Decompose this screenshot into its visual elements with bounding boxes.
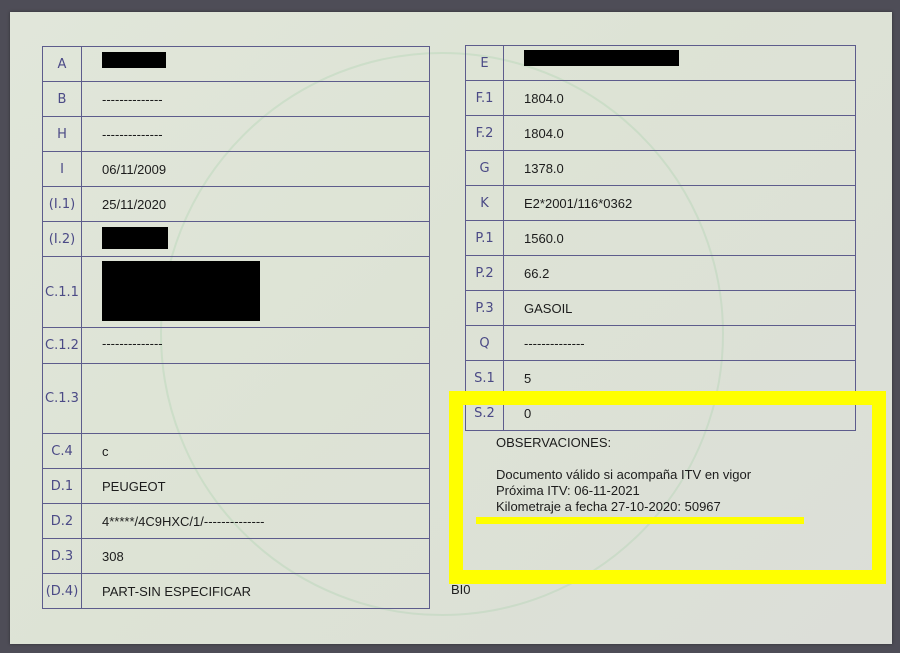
field-row: D.1PEUGEOT	[43, 469, 430, 504]
field-value: --------------	[82, 328, 430, 364]
field-label: Q	[466, 326, 504, 361]
redaction-block	[524, 50, 679, 66]
field-label: B	[43, 82, 82, 117]
field-row: B--------------	[43, 82, 430, 117]
field-value-text: c	[102, 444, 109, 459]
field-row: E	[466, 46, 856, 81]
field-value-text: 1560.0	[524, 231, 564, 246]
field-row: C.1.3	[43, 364, 430, 434]
field-row: S.15	[466, 361, 856, 396]
field-value: 1560.0	[504, 221, 856, 256]
field-row: P.266.2	[466, 256, 856, 291]
field-value-text: 1804.0	[524, 91, 564, 106]
field-value: 66.2	[504, 256, 856, 291]
field-value	[82, 222, 430, 257]
field-value-text: --------------	[524, 336, 585, 351]
observaciones-title: OBSERVACIONES:	[496, 435, 751, 451]
field-label: H	[43, 117, 82, 152]
observacion-line: Kilometraje a fecha 27-10-2020: 50967	[496, 499, 751, 515]
observacion-line: Próxima ITV: 06-11-2021	[496, 483, 751, 499]
field-label: C.1.1	[43, 257, 82, 328]
field-row: D.3308	[43, 539, 430, 574]
field-value: 25/11/2020	[82, 187, 430, 222]
field-value: c	[82, 434, 430, 469]
field-label: P.1	[466, 221, 504, 256]
field-row: F.21804.0	[466, 116, 856, 151]
field-label: K	[466, 186, 504, 221]
field-value-text: E2*2001/116*0362	[524, 196, 632, 211]
field-row: C.1.1	[43, 257, 430, 328]
observaciones-block: OBSERVACIONES: Documento válido si acomp…	[496, 435, 751, 515]
field-label: C.4	[43, 434, 82, 469]
field-value-text: PEUGEOT	[102, 479, 166, 494]
field-label: I	[43, 152, 82, 187]
field-value-text: 25/11/2020	[102, 197, 166, 212]
field-value-text: 0	[524, 406, 531, 421]
field-value: 1378.0	[504, 151, 856, 186]
field-row: S.20	[466, 396, 856, 431]
field-label: P.2	[466, 256, 504, 291]
field-row: (D.4)PART-SIN ESPECIFICAR	[43, 574, 430, 609]
field-value-text: 308	[102, 549, 124, 564]
field-label: A	[43, 47, 82, 82]
field-row: C.1.2--------------	[43, 328, 430, 364]
document-paper: AB--------------H--------------I06/11/20…	[10, 12, 892, 644]
field-row: D.24*****/4C9HXC/1/--------------	[43, 504, 430, 539]
field-value: 5	[504, 361, 856, 396]
field-value: GASOIL	[504, 291, 856, 326]
field-row: I06/11/2009	[43, 152, 430, 187]
redaction-block	[102, 261, 260, 321]
field-row: G1378.0	[466, 151, 856, 186]
field-value-text: 06/11/2009	[102, 162, 166, 177]
field-label: G	[466, 151, 504, 186]
field-value-text: 4*****/4C9HXC/1/--------------	[102, 514, 265, 529]
field-value-text: 1378.0	[524, 161, 564, 176]
field-value: 1804.0	[504, 116, 856, 151]
field-value-text: 5	[524, 371, 531, 386]
field-row: P.11560.0	[466, 221, 856, 256]
field-value: PEUGEOT	[82, 469, 430, 504]
field-label: (I.1)	[43, 187, 82, 222]
field-value-text: 66.2	[524, 266, 549, 281]
field-value-text: 1804.0	[524, 126, 564, 141]
field-label: C.1.2	[43, 328, 82, 364]
field-row: Q--------------	[466, 326, 856, 361]
field-row: KE2*2001/116*0362	[466, 186, 856, 221]
field-value-text: GASOIL	[524, 301, 572, 316]
field-value-text: --------------	[102, 127, 163, 142]
field-row: H--------------	[43, 117, 430, 152]
field-value	[504, 46, 856, 81]
highlight-underline	[476, 517, 804, 524]
field-label: (I.2)	[43, 222, 82, 257]
field-label: F.2	[466, 116, 504, 151]
field-label: D.2	[43, 504, 82, 539]
field-label: S.2	[466, 396, 504, 431]
field-label: C.1.3	[43, 364, 82, 434]
redaction-block	[102, 227, 168, 249]
field-value: 308	[82, 539, 430, 574]
field-value-text: --------------	[102, 336, 163, 351]
field-value	[82, 364, 430, 434]
field-row: F.11804.0	[466, 81, 856, 116]
field-label: D.3	[43, 539, 82, 574]
field-row: P.3GASOIL	[466, 291, 856, 326]
field-row: (I.1)25/11/2020	[43, 187, 430, 222]
field-value: --------------	[82, 117, 430, 152]
field-label: D.1	[43, 469, 82, 504]
field-row: A	[43, 47, 430, 82]
field-value	[82, 257, 430, 328]
left-fields-table: AB--------------H--------------I06/11/20…	[42, 46, 430, 609]
field-value: E2*2001/116*0362	[504, 186, 856, 221]
field-value-text: PART-SIN ESPECIFICAR	[102, 584, 251, 599]
field-value: 4*****/4C9HXC/1/--------------	[82, 504, 430, 539]
field-value: --------------	[504, 326, 856, 361]
field-value: 1804.0	[504, 81, 856, 116]
field-row: C.4c	[43, 434, 430, 469]
field-label: S.1	[466, 361, 504, 396]
field-value: --------------	[82, 82, 430, 117]
field-label: F.1	[466, 81, 504, 116]
field-row: (I.2)	[43, 222, 430, 257]
field-label: P.3	[466, 291, 504, 326]
field-value-text: --------------	[102, 92, 163, 107]
right-fields-table: EF.11804.0F.21804.0G1378.0KE2*2001/116*0…	[465, 45, 856, 431]
footer-code: BI0	[451, 582, 471, 597]
field-value	[82, 47, 430, 82]
field-value: 0	[504, 396, 856, 431]
field-label: (D.4)	[43, 574, 82, 609]
redaction-block	[102, 52, 166, 68]
field-label: E	[466, 46, 504, 81]
field-value: 06/11/2009	[82, 152, 430, 187]
field-value: PART-SIN ESPECIFICAR	[82, 574, 430, 609]
observacion-line: Documento válido si acompaña ITV en vigo…	[496, 467, 751, 483]
